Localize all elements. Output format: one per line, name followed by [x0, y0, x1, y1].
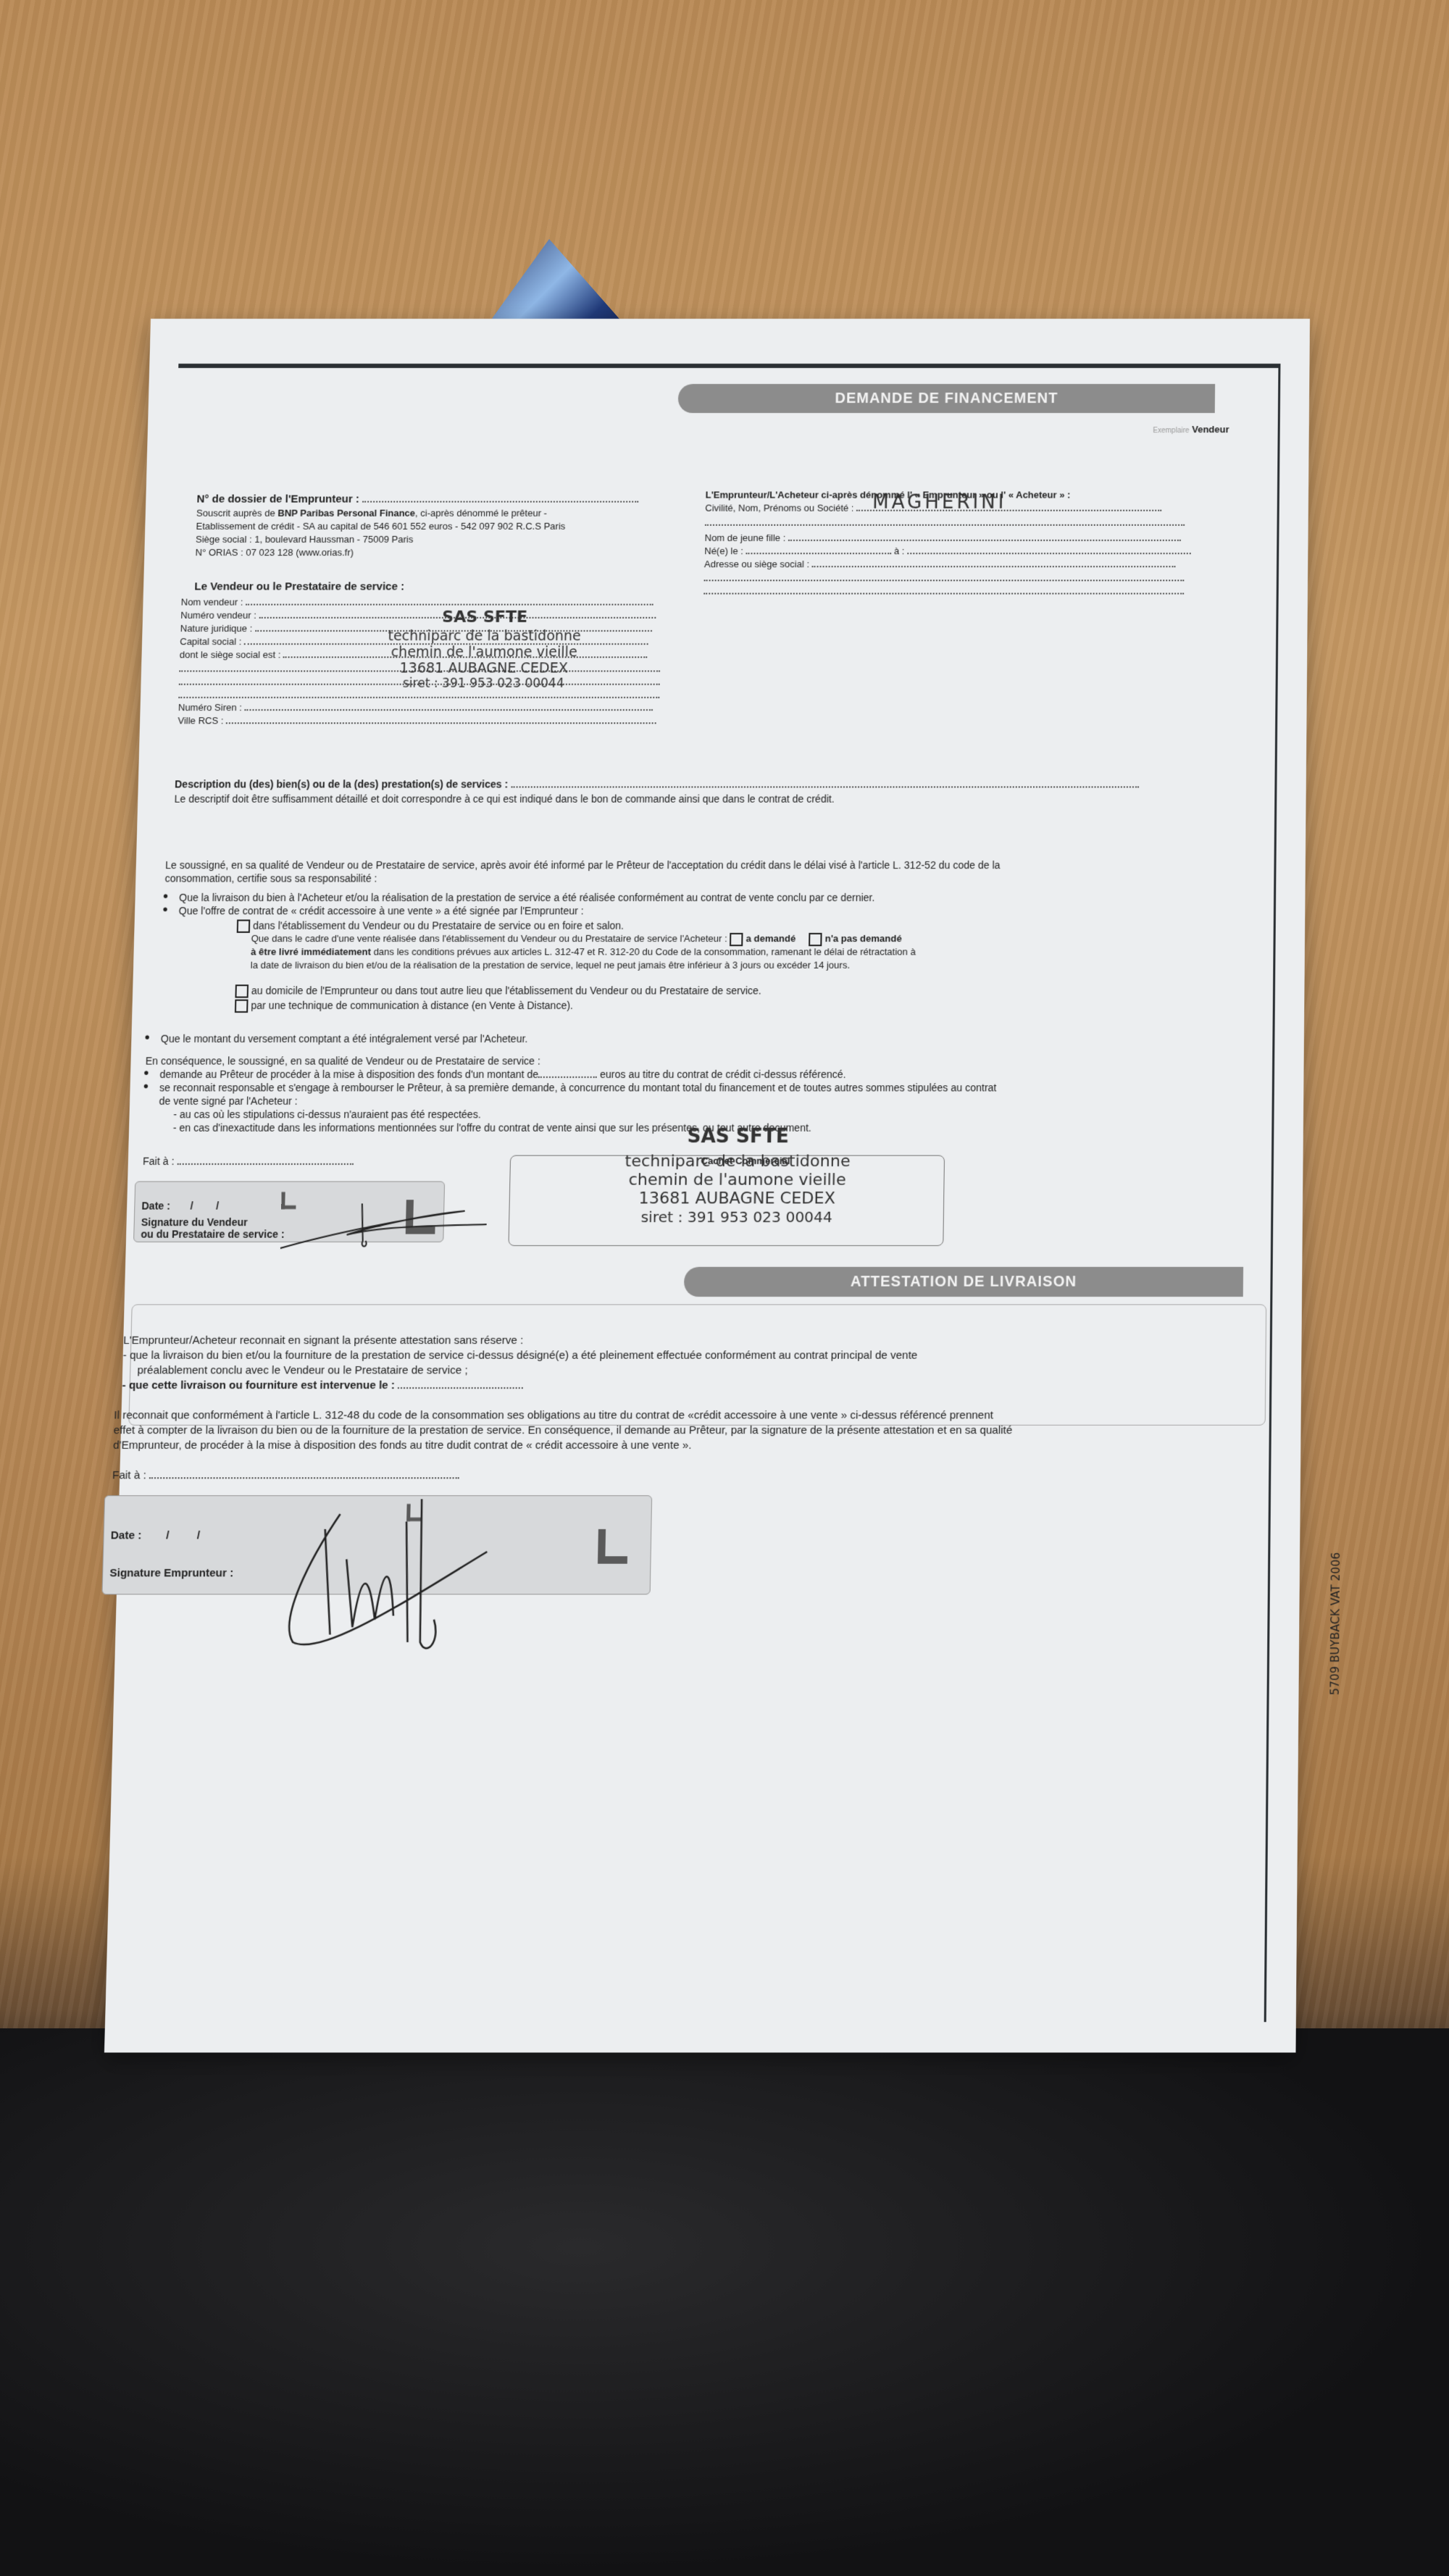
- option-home: au domicile de l'Emprunteur ou dans tout…: [235, 984, 761, 998]
- dark-cloth: [0, 2028, 1449, 2576]
- dossier-label: N° de dossier de l'Emprunteur :: [196, 493, 638, 506]
- section-title-attestation: ATTESTATION DE LIVRAISON: [684, 1267, 1243, 1297]
- rcs-field: Ville RCS :: [178, 715, 659, 728]
- fait-a-borrower-field[interactable]: [149, 1477, 459, 1479]
- amount-bullet: demande au Prêteur de procéder à la mise…: [159, 1069, 845, 1080]
- attestation-intro: L'Emprunteur/Acheteur reconnait en signa…: [123, 1334, 524, 1347]
- form-reference: 5709 BUYBACK VAT 2006: [1328, 1552, 1342, 1695]
- siren-field: Numéro Siren :: [178, 702, 660, 715]
- delivery-date-label: - que cette livraison ou fourniture est …: [122, 1379, 523, 1392]
- cert-bullet: Que la livraison du bien à l'Acheteur et…: [179, 892, 875, 903]
- cert-bullet: Que l'offre de contrat de « crédit acces…: [178, 905, 583, 916]
- checkbox-establishment[interactable]: [237, 920, 251, 933]
- fait-a-borrower: Fait à :: [112, 1469, 459, 1482]
- birth-field[interactable]: Né(e) le : à :: [704, 545, 1191, 556]
- certification-intro: Le soussigné, en sa qualité de Vendeur o…: [165, 859, 1001, 871]
- seller-stamp-bottom: SAS SFTE techniparc de la bastidonne che…: [597, 1126, 878, 1226]
- copy-label: Exemplaire Vendeur: [1153, 424, 1229, 435]
- lender-line1: Souscrit auprès de BNP Paribas Personal …: [196, 508, 547, 519]
- seller-stamp-top: SAS SFTE techniparc de la bastidonne che…: [330, 609, 638, 691]
- sign-here-arrow-icon: [598, 1529, 628, 1564]
- cert-bullet: Que le montant du versement comptant a é…: [161, 1033, 528, 1045]
- dossier-field[interactable]: [362, 501, 638, 503]
- amount-field[interactable]: [538, 1076, 597, 1078]
- checkbox-asked[interactable]: [730, 933, 743, 946]
- checkbox-not-asked[interactable]: [809, 933, 822, 946]
- fait-a-seller-field[interactable]: [177, 1163, 353, 1165]
- lender-line2: Etablissement de crédit - SA au capital …: [196, 521, 565, 532]
- option-distance: par une technique de communication à dis…: [235, 1000, 573, 1013]
- option-establishment: dans l'établissement du Vendeur ou du Pr…: [237, 919, 625, 933]
- checkbox-home[interactable]: [235, 984, 249, 998]
- borrower-date-label: Date : / /: [111, 1529, 201, 1542]
- fait-a-seller: Fait à :: [143, 1155, 354, 1167]
- address-field[interactable]: Adresse ou siège social :: [704, 559, 1176, 569]
- handwritten-name: MAGHERINI: [872, 492, 1007, 514]
- delivery-date-field[interactable]: [398, 1387, 523, 1389]
- lender-line3: Siège social : 1, boulevard Haussman - 7…: [196, 534, 414, 545]
- description-label: Description du (des) bien(s) ou de la (d…: [175, 778, 1139, 790]
- seller-signature-scribble: [272, 1196, 494, 1255]
- description-note: Le descriptif doit être suffisamment dét…: [174, 793, 834, 805]
- financing-form-page: DEMANDE DE FINANCEMENT Exemplaire Vendeu…: [104, 319, 1310, 2052]
- checkbox-distance[interactable]: [235, 1000, 249, 1013]
- description-field[interactable]: [511, 786, 1139, 787]
- lender-line4: N° ORIAS : 07 023 128 (www.orias.fr): [195, 547, 354, 558]
- section-title-financing: DEMANDE DE FINANCEMENT: [678, 384, 1216, 413]
- borrower-signature-scribble: [263, 1484, 504, 1665]
- maiden-name-field[interactable]: Nom de jeune fille :: [704, 532, 1180, 543]
- seller-date-label: Date : / /: [141, 1200, 219, 1211]
- seller-heading: Le Vendeur ou le Prestataire de service …: [194, 580, 404, 593]
